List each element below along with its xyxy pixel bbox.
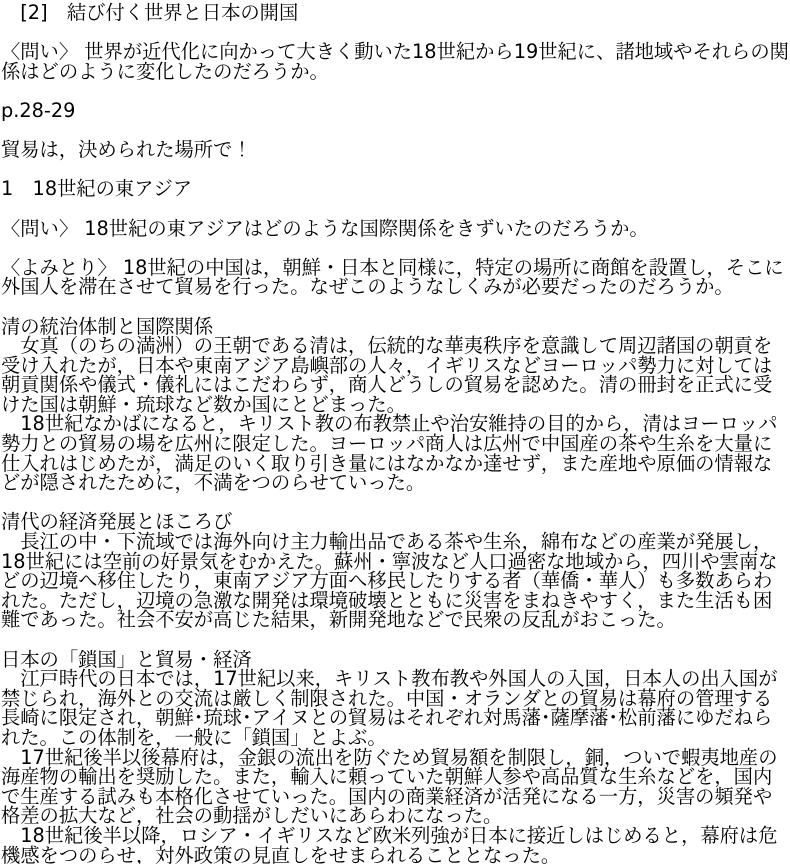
text-line: 貿易は，決められた場所で！ bbox=[1, 140, 790, 160]
text-line: 18世紀後半以降，ロシア・イギリスなど欧米列強が日本に接近しはじめると，幕府は危 bbox=[1, 826, 790, 846]
text-line: [2] 結び付く世界と日本の開国 bbox=[1, 3, 790, 23]
document-text: [2] 結び付く世界と日本の開国〈問い〉 世界が近代化に向かって大きく動いた18… bbox=[1, 3, 790, 864]
text-line: 格差の拡大など，社会の動揺がしだいにあらわになった。 bbox=[1, 806, 790, 826]
text-line bbox=[1, 199, 790, 219]
text-line bbox=[1, 81, 790, 101]
text-line: 勢力との貿易の場を広州に限定した。ヨーロッパ商人は広州で中国産の茶や生糸を大量に bbox=[1, 434, 790, 454]
text-line: 外国人を滞在させて貿易を行った。なぜこのようなしくみが必要だったのだろうか。 bbox=[1, 277, 790, 297]
text-line: れた。この体制を，一般に「鎖国」とよぶ。 bbox=[1, 728, 790, 748]
text-line: 係はどのように変化したのだろうか。 bbox=[1, 62, 790, 82]
text-line: p.28-29 bbox=[1, 101, 790, 121]
text-line bbox=[1, 238, 790, 258]
text-line: 江戸時代の日本では，17世紀以来，キリスト教布教や外国人の入国，日本人の出入国が bbox=[1, 669, 790, 689]
text-line: 機感をつのらせ，対外政策の見直しをせまられることとなった。 bbox=[1, 846, 790, 864]
text-line: 〈問い〉 18世紀の東アジアはどのような国際関係をきずいたのだろうか。 bbox=[1, 219, 790, 239]
text-line: 朝貢関係や儀式・儀礼にはこだわらず，商人どうしの貿易を認めた。清の冊封を正式に受 bbox=[1, 375, 790, 395]
text-line: 〈問い〉 世界が近代化に向かって大きく動いた18世紀から19世紀に、諸地域やそれ… bbox=[1, 42, 790, 62]
text-line bbox=[1, 630, 790, 650]
text-line: どが隠されたために，不満をつのらせていった。 bbox=[1, 473, 790, 493]
text-line: 海産物の輸出を奨励した。また，輸入に頼っていた朝鮮人参や高品質な生糸などを，国内 bbox=[1, 767, 790, 787]
document-page: [2] 結び付く世界と日本の開国〈問い〉 世界が近代化に向かって大きく動いた18… bbox=[0, 0, 790, 864]
text-line: 1 18世紀の東アジア bbox=[1, 179, 790, 199]
text-line bbox=[1, 297, 790, 317]
text-line: 女真（のちの満洲）の王朝である清は，伝統的な華夷秩序を意識して周辺諸国の朝貢を bbox=[1, 336, 790, 356]
text-line: 難であった。社会不安が高じた結果，新開発地などで民衆の反乱がおこった。 bbox=[1, 610, 790, 630]
text-line: どの辺境へ移住したり，東南アジア方面へ移民したりする者（華僑・華人）も多数あらわ bbox=[1, 571, 790, 591]
text-line: 長江の中・下流域では海外向け主力輸出品である茶や生糸，綿布などの産業が発展し， bbox=[1, 532, 790, 552]
